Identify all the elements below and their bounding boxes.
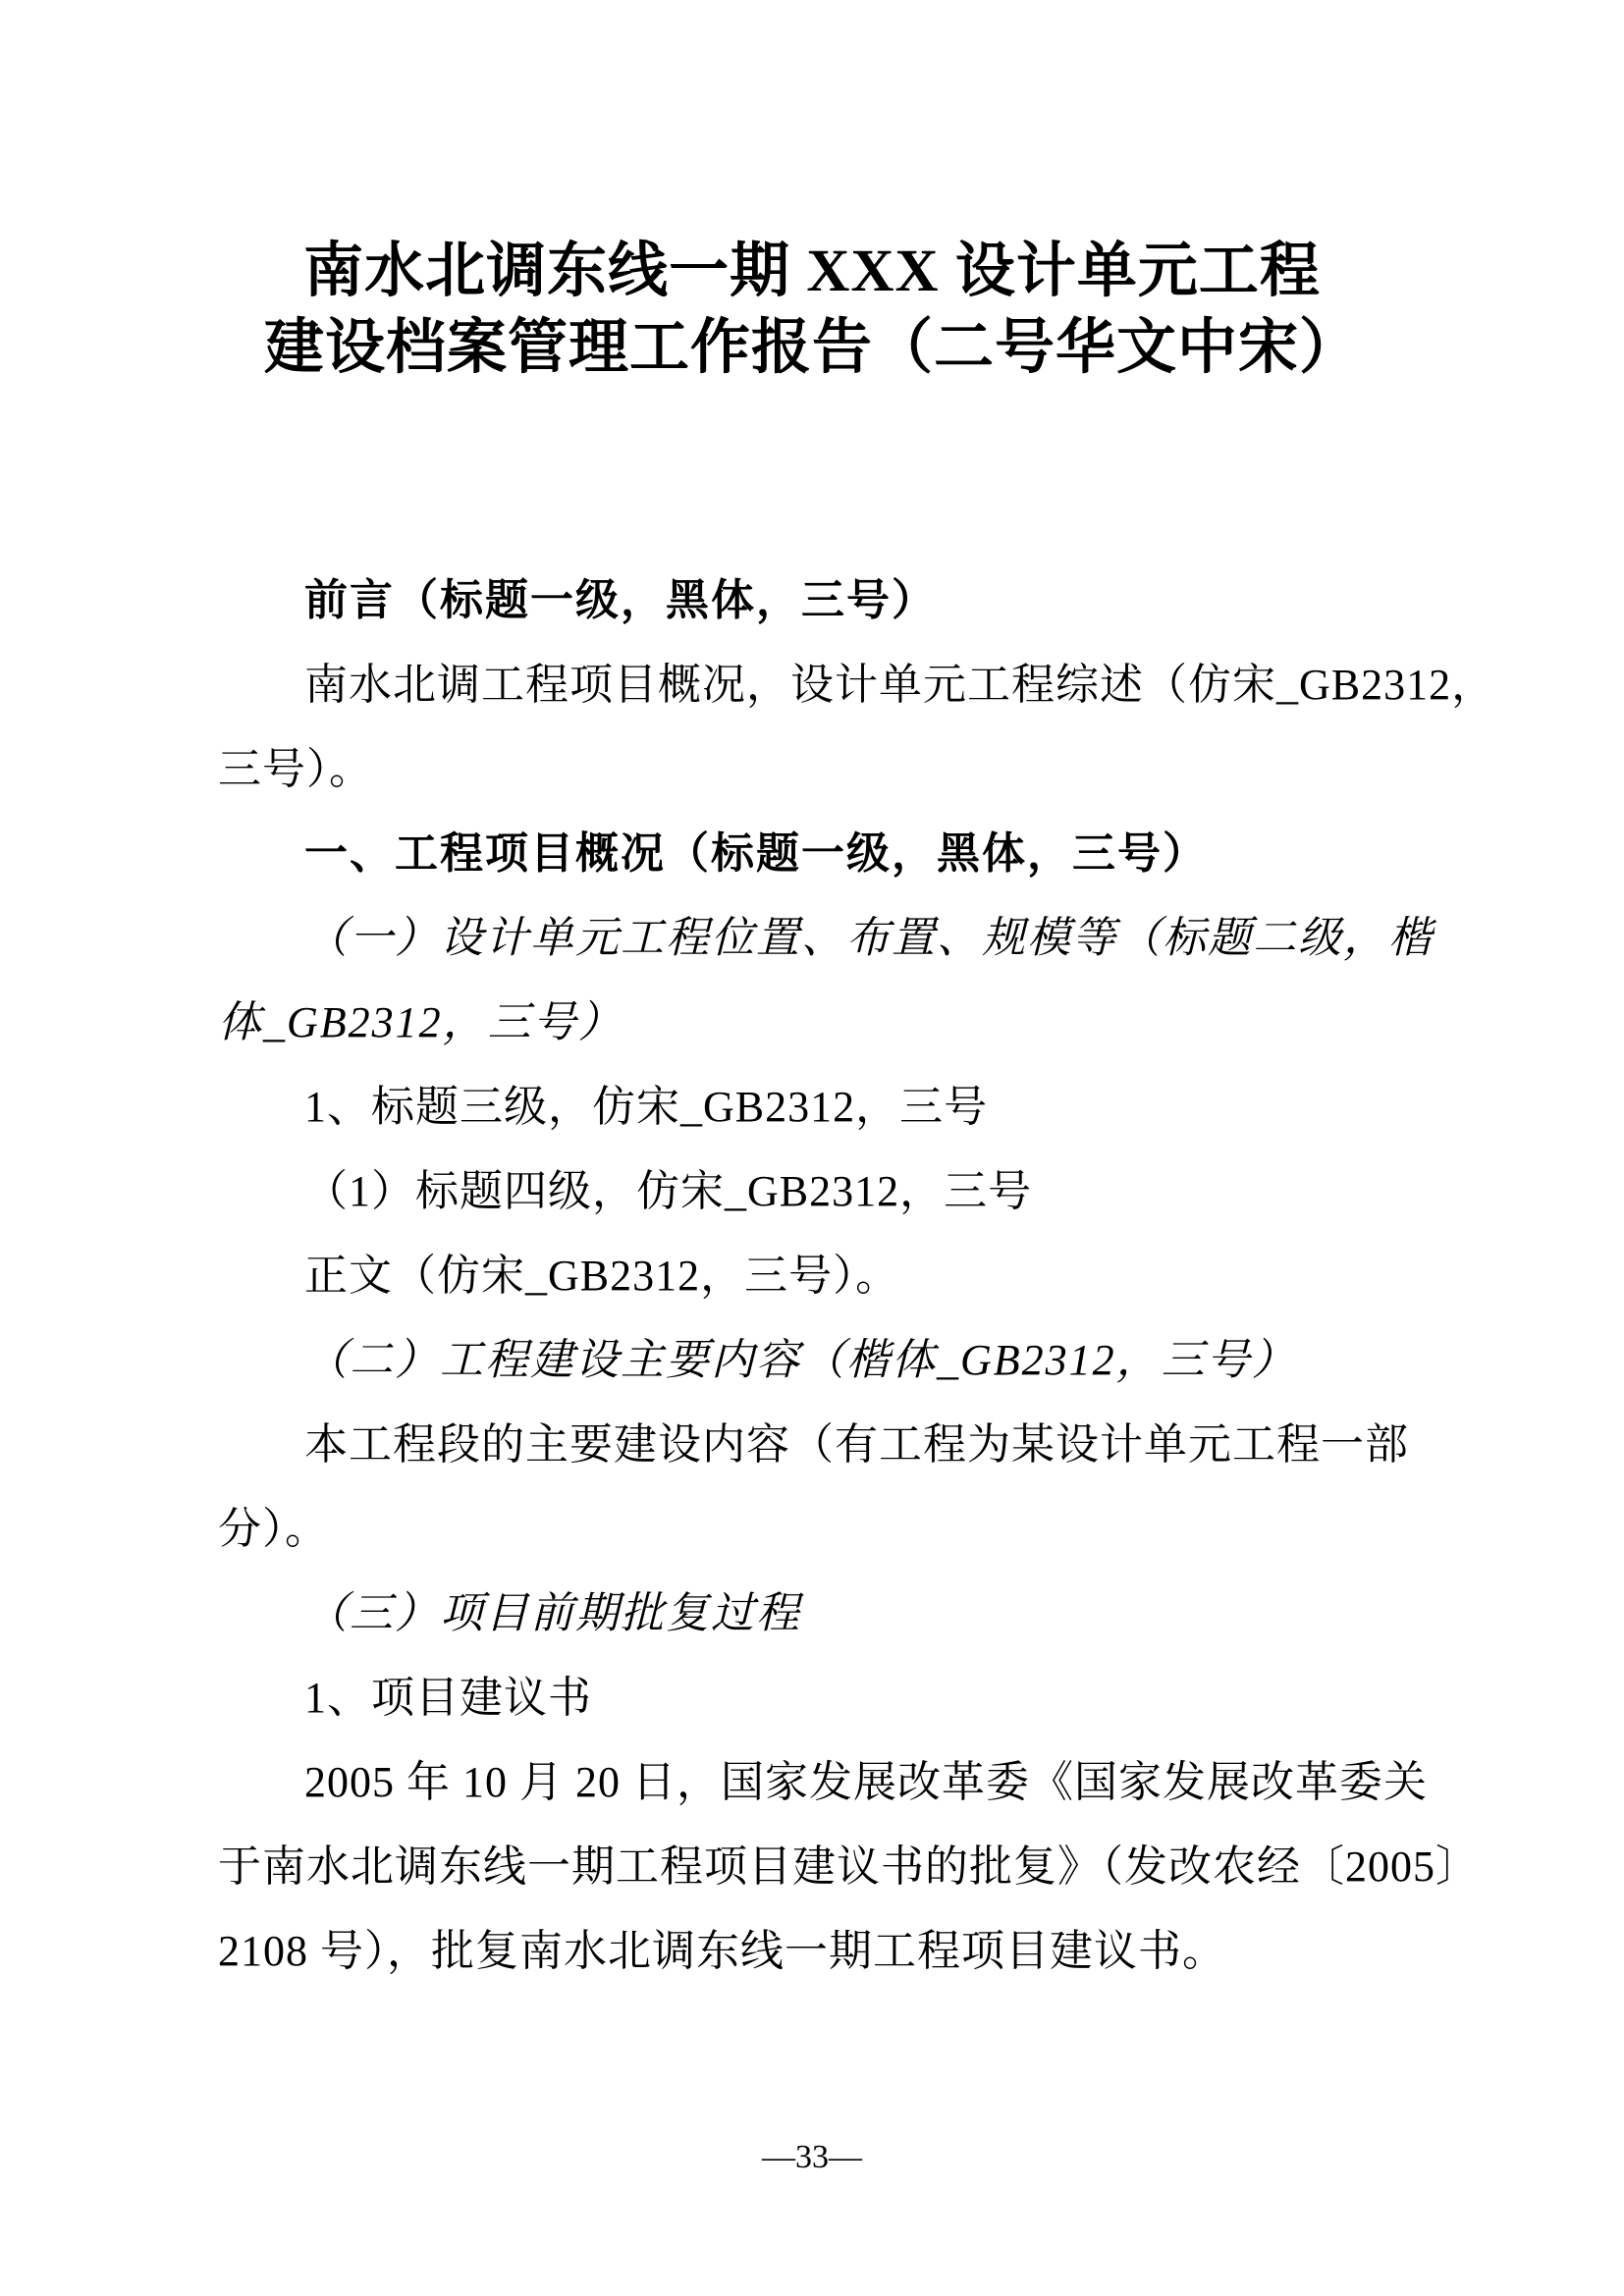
text-line: 三号）。 <box>218 727 1406 812</box>
document-title-line-1: 南水北调东线一期 XXX 设计单元工程 <box>0 234 1624 310</box>
text-line: （三）项目前期批复过程 <box>218 1572 1406 1656</box>
page-number: —33— <box>0 2138 1624 2177</box>
text-line: 1、标题三级，仿宋_GB2312，三号 <box>218 1065 1406 1149</box>
text-line: 一、工程项目概况（标题一级，黑体，三号） <box>218 812 1406 896</box>
text-line: （1）标题四级，仿宋_GB2312，三号 <box>218 1149 1406 1234</box>
text-line: 前言（标题一级，黑体，三号） <box>218 559 1406 643</box>
text-line: 分）。 <box>218 1487 1406 1572</box>
document-title: 南水北调东线一期 XXX 设计单元工程 建设档案管理工作报告（二号华文中宋） <box>0 234 1624 387</box>
document-page: 南水北调东线一期 XXX 设计单元工程 建设档案管理工作报告（二号华文中宋） 前… <box>0 0 1624 2296</box>
text-line: 于南水北调东线一期工程项目建议书的批复》（发改农经〔2005〕 <box>218 1825 1406 1909</box>
text-line: 2005 年 10 月 20 日，国家发展改革委《国家发展改革委关 <box>218 1740 1406 1825</box>
text-line: 体_GB2312，三号） <box>218 981 1406 1065</box>
text-line: 2108 号），批复南水北调东线一期工程项目建议书。 <box>218 1909 1406 1994</box>
text-line: （一）设计单元工程位置、布置、规模等（标题二级，楷 <box>218 896 1406 981</box>
document-title-line-2: 建设档案管理工作报告（二号华文中宋） <box>0 310 1624 387</box>
text-line: 1、项目建议书 <box>218 1656 1406 1740</box>
text-line: 本工程段的主要建设内容（有工程为某设计单元工程一部 <box>218 1403 1406 1487</box>
text-line: （二）工程建设主要内容（楷体_GB2312，三号） <box>218 1318 1406 1403</box>
text-line: 南水北调工程项目概况，设计单元工程综述（仿宋_GB2312， <box>218 643 1406 727</box>
document-body: 前言（标题一级，黑体，三号）南水北调工程项目概况，设计单元工程综述（仿宋_GB2… <box>218 559 1406 1994</box>
text-line: 正文（仿宋_GB2312，三号）。 <box>218 1234 1406 1318</box>
